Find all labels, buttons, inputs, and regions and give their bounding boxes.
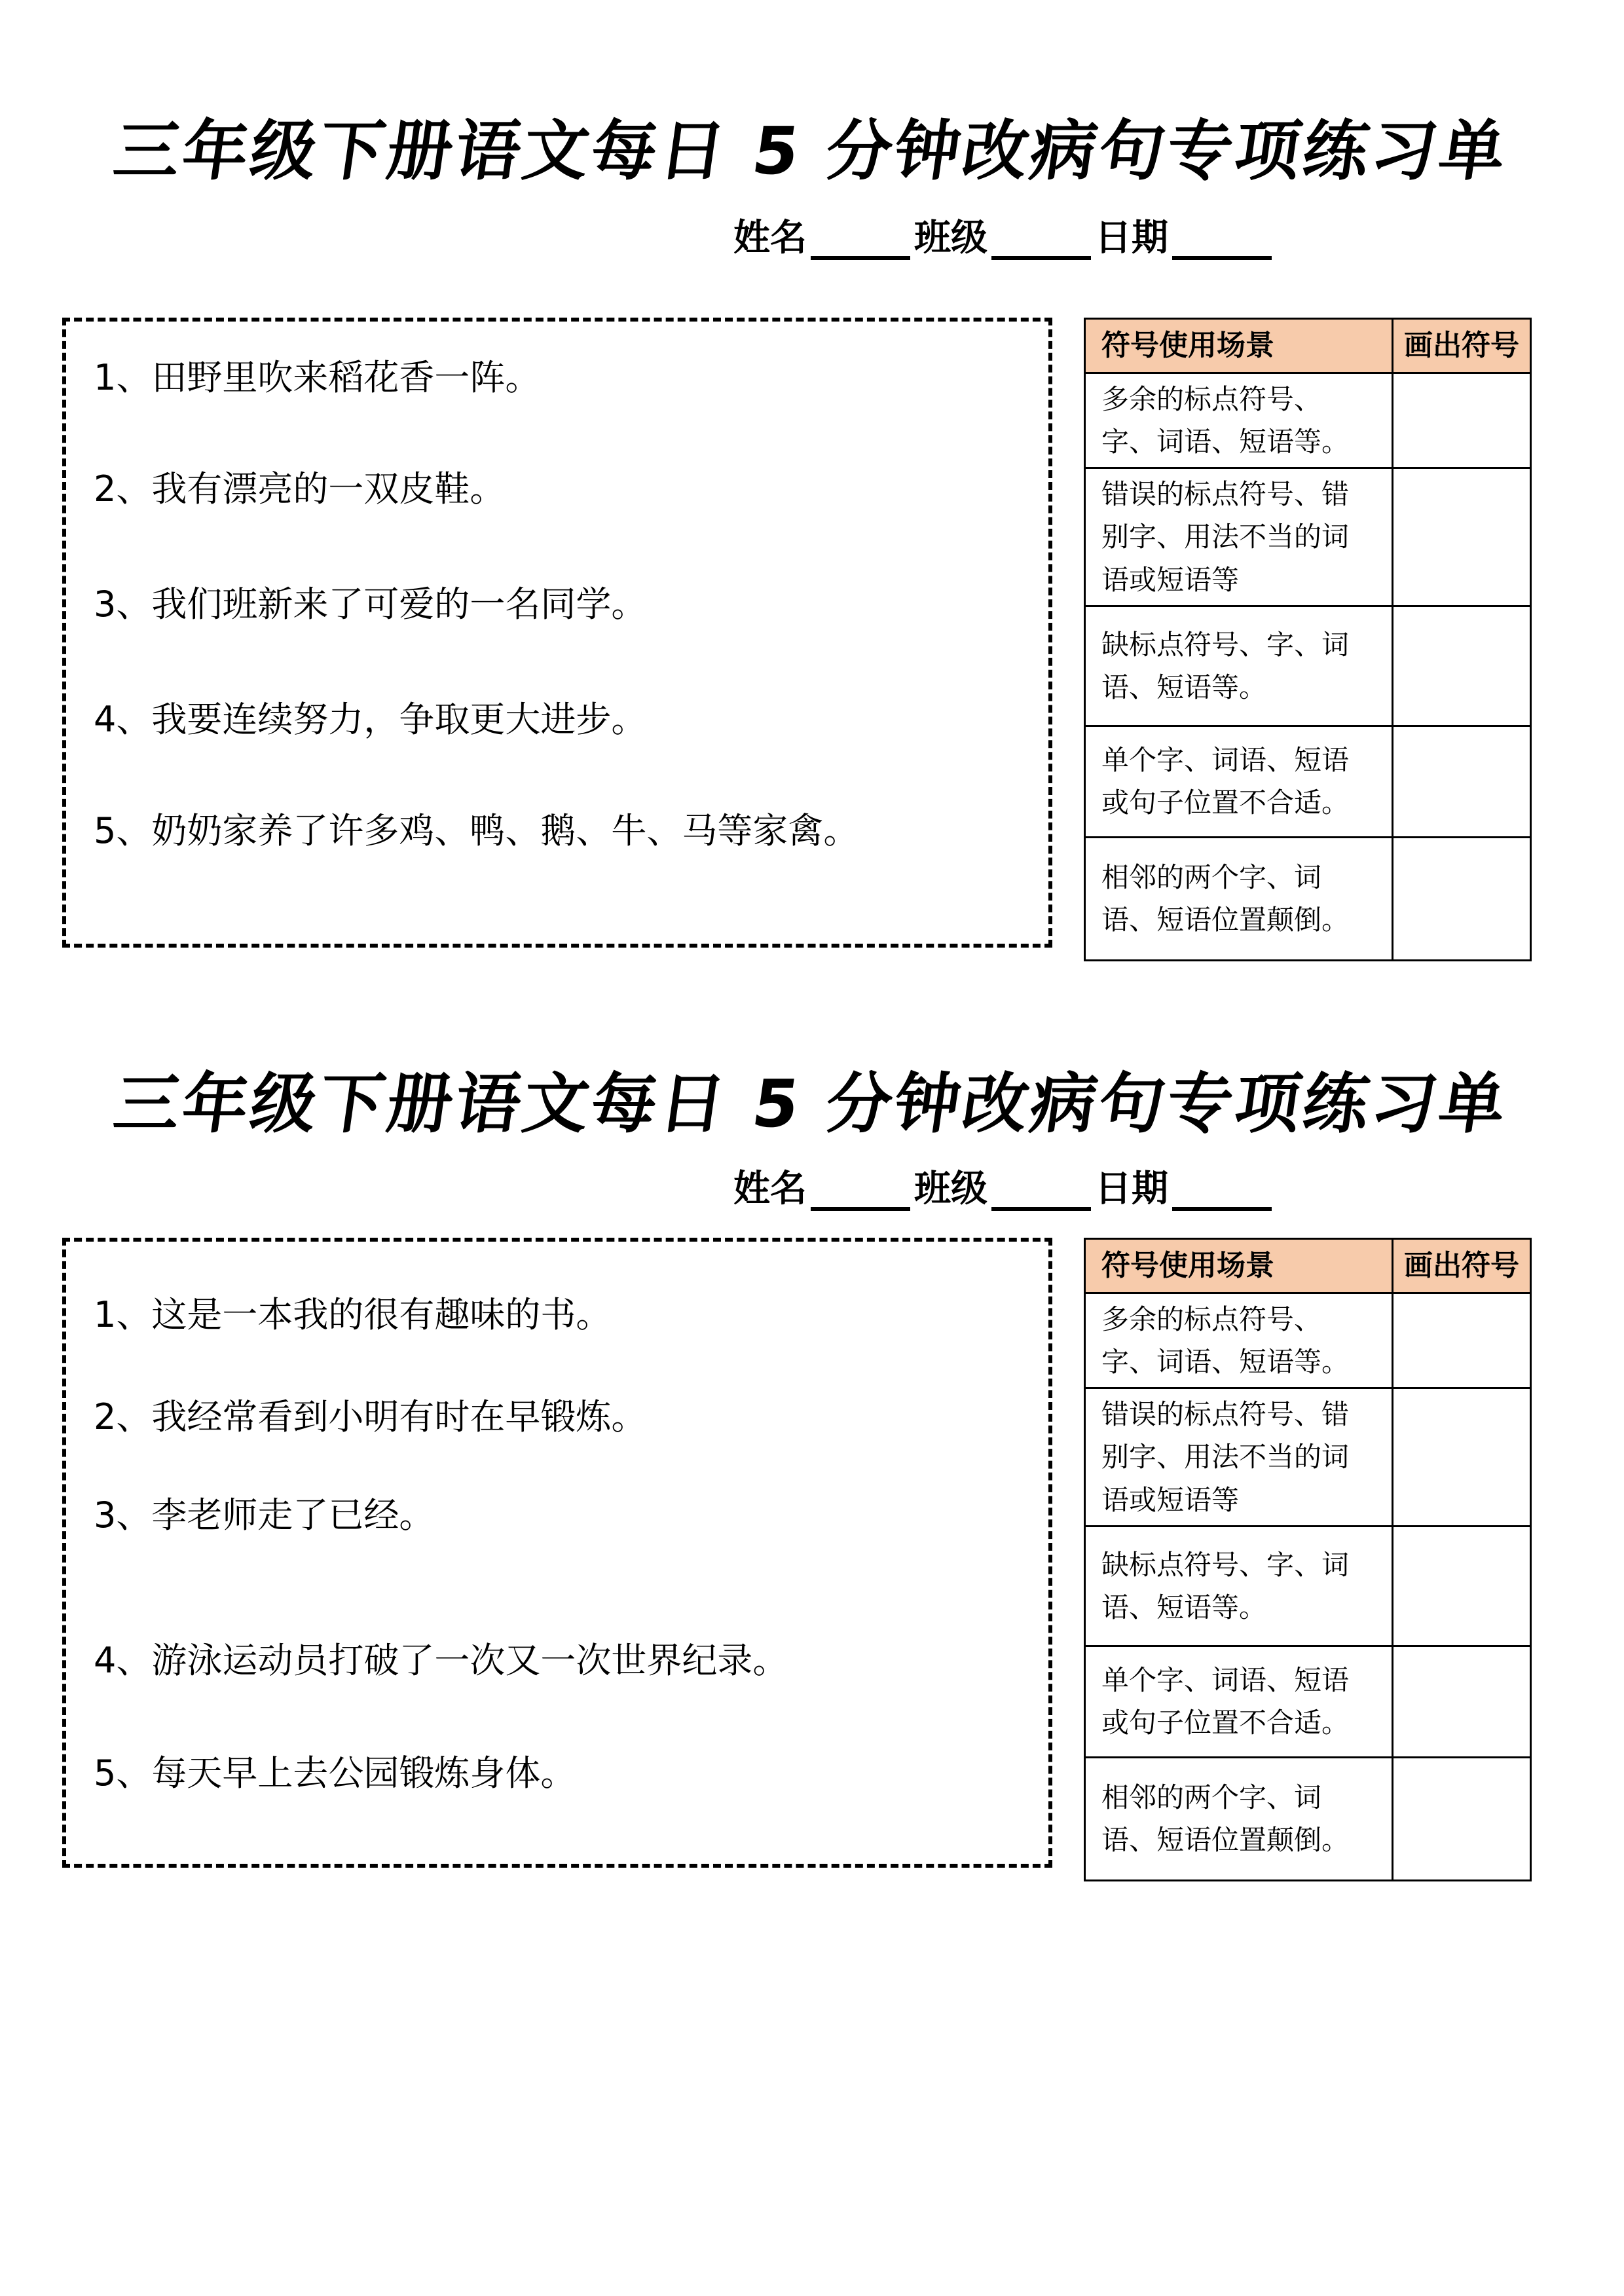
symbol-draw-cell xyxy=(1393,1293,1531,1388)
scene-cell: 单个字、词语、短语或句子位置不合适。 xyxy=(1085,726,1393,837)
table-header-row: 符号使用场景 画出符号 xyxy=(1085,1239,1531,1293)
symbol-draw-cell xyxy=(1393,726,1531,837)
table-row: 缺标点符号、字、词语、短语等。 xyxy=(1085,1526,1531,1646)
scene-cell: 多余的标点符号、字、词语、短语等。 xyxy=(1085,1293,1393,1388)
scene-cell: 缺标点符号、字、词语、短语等。 xyxy=(1085,606,1393,726)
table-row: 错误的标点符号、错别字、用法不当的词语或短语等 xyxy=(1085,468,1531,606)
exercise-sentence: 5、每天早上去公园锻炼身体。 xyxy=(94,1751,1029,1796)
table-row: 单个字、词语、短语或句子位置不合适。 xyxy=(1085,1646,1531,1757)
table-row: 多余的标点符号、字、词语、短语等。 xyxy=(1085,373,1531,468)
table-row: 缺标点符号、字、词语、短语等。 xyxy=(1085,606,1531,726)
scene-cell: 多余的标点符号、字、词语、短语等。 xyxy=(1085,373,1393,468)
exercise-sentence: 2、我有漂亮的一双皮鞋。 xyxy=(94,467,1029,511)
symbol-draw-cell xyxy=(1393,1757,1531,1880)
symbol-draw-cell xyxy=(1393,468,1531,606)
date-label: 日期 xyxy=(1095,1167,1168,1211)
symbol-draw-cell xyxy=(1393,373,1531,468)
name-blank-line xyxy=(811,219,910,260)
table-header-row: 符号使用场景 画出符号 xyxy=(1085,319,1531,373)
table-row: 单个字、词语、短语或句子位置不合适。 xyxy=(1085,726,1531,837)
scene-cell: 单个字、词语、短语或句子位置不合适。 xyxy=(1085,1646,1393,1757)
page-title: 三年级下册语文每日 5 分钟改病句专项练习单 xyxy=(0,98,1624,193)
table-row: 相邻的两个字、词语、短语位置颠倒。 xyxy=(1085,837,1531,960)
symbol-usage-table: 符号使用场景 画出符号 多余的标点符号、字、词语、短语等。 错误的标点符号、错别… xyxy=(1084,1238,1532,1881)
class-blank-line xyxy=(991,219,1091,260)
exercise-sentence: 2、我经常看到小明有时在早锻炼。 xyxy=(94,1395,1029,1439)
name-blank-line xyxy=(811,1170,910,1211)
class-blank-line xyxy=(991,1170,1091,1211)
symbol-draw-cell xyxy=(1393,606,1531,726)
exercise-sentence: 4、我要连续努力，争取更大进步。 xyxy=(94,697,1029,742)
scene-header-cell: 符号使用场景 xyxy=(1085,319,1393,373)
scene-cell: 缺标点符号、字、词语、短语等。 xyxy=(1085,1526,1393,1646)
scene-cell: 错误的标点符号、错别字、用法不当的词语或短语等 xyxy=(1085,468,1393,606)
symbol-draw-cell xyxy=(1393,1388,1531,1526)
class-label: 班级 xyxy=(914,1167,987,1211)
symbol-draw-cell xyxy=(1393,1646,1531,1757)
exercise-sentence: 3、我们班新来了可爱的一名同学。 xyxy=(94,582,1029,627)
exercise-sentence: 4、游泳运动员打破了一次又一次世界纪录。 xyxy=(94,1639,1029,1683)
worksheet-page: 三年级下册语文每日 5 分钟改病句专项练习单 姓名 班级 日期 1、田野里吹来稻… xyxy=(0,0,1624,2296)
name-label: 姓名 xyxy=(733,216,807,260)
sentence-practice-box: 1、这是一本我的很有趣味的书。 2、我经常看到小明有时在早锻炼。 3、李老师走了… xyxy=(62,1238,1052,1868)
sentence-practice-box: 1、田野里吹来稻花香一阵。 2、我有漂亮的一双皮鞋。 3、我们班新来了可爱的一名… xyxy=(62,318,1052,948)
scene-cell: 相邻的两个字、词语、短语位置颠倒。 xyxy=(1085,837,1393,960)
symbol-header-cell: 画出符号 xyxy=(1393,319,1531,373)
date-blank-line xyxy=(1172,219,1272,260)
page-title: 三年级下册语文每日 5 分钟改病句专项练习单 xyxy=(0,1051,1624,1145)
exercise-sentence: 1、田野里吹来稻花香一阵。 xyxy=(94,356,1029,400)
name-class-date-line: 姓名 班级 日期 xyxy=(733,216,1276,260)
symbol-draw-cell xyxy=(1393,837,1531,960)
class-label: 班级 xyxy=(914,216,987,260)
exercise-sentence: 5、奶奶家养了许多鸡、鸭、鹅、牛、马等家禽。 xyxy=(94,809,1029,853)
date-label: 日期 xyxy=(1095,216,1168,260)
scene-cell: 相邻的两个字、词语、短语位置颠倒。 xyxy=(1085,1757,1393,1880)
scene-header-cell: 符号使用场景 xyxy=(1085,1239,1393,1293)
symbol-draw-cell xyxy=(1393,1526,1531,1646)
scene-cell: 错误的标点符号、错别字、用法不当的词语或短语等 xyxy=(1085,1388,1393,1526)
exercise-sentence: 3、李老师走了已经。 xyxy=(94,1493,1029,1538)
name-label: 姓名 xyxy=(733,1167,807,1211)
symbol-header-cell: 画出符号 xyxy=(1393,1239,1531,1293)
symbol-usage-table: 符号使用场景 画出符号 多余的标点符号、字、词语、短语等。 错误的标点符号、错别… xyxy=(1084,318,1532,961)
name-class-date-line: 姓名 班级 日期 xyxy=(733,1167,1276,1211)
table-row: 多余的标点符号、字、词语、短语等。 xyxy=(1085,1293,1531,1388)
table-row: 错误的标点符号、错别字、用法不当的词语或短语等 xyxy=(1085,1388,1531,1526)
table-row: 相邻的两个字、词语、短语位置颠倒。 xyxy=(1085,1757,1531,1880)
date-blank-line xyxy=(1172,1170,1272,1211)
exercise-sentence: 1、这是一本我的很有趣味的书。 xyxy=(94,1293,1029,1337)
